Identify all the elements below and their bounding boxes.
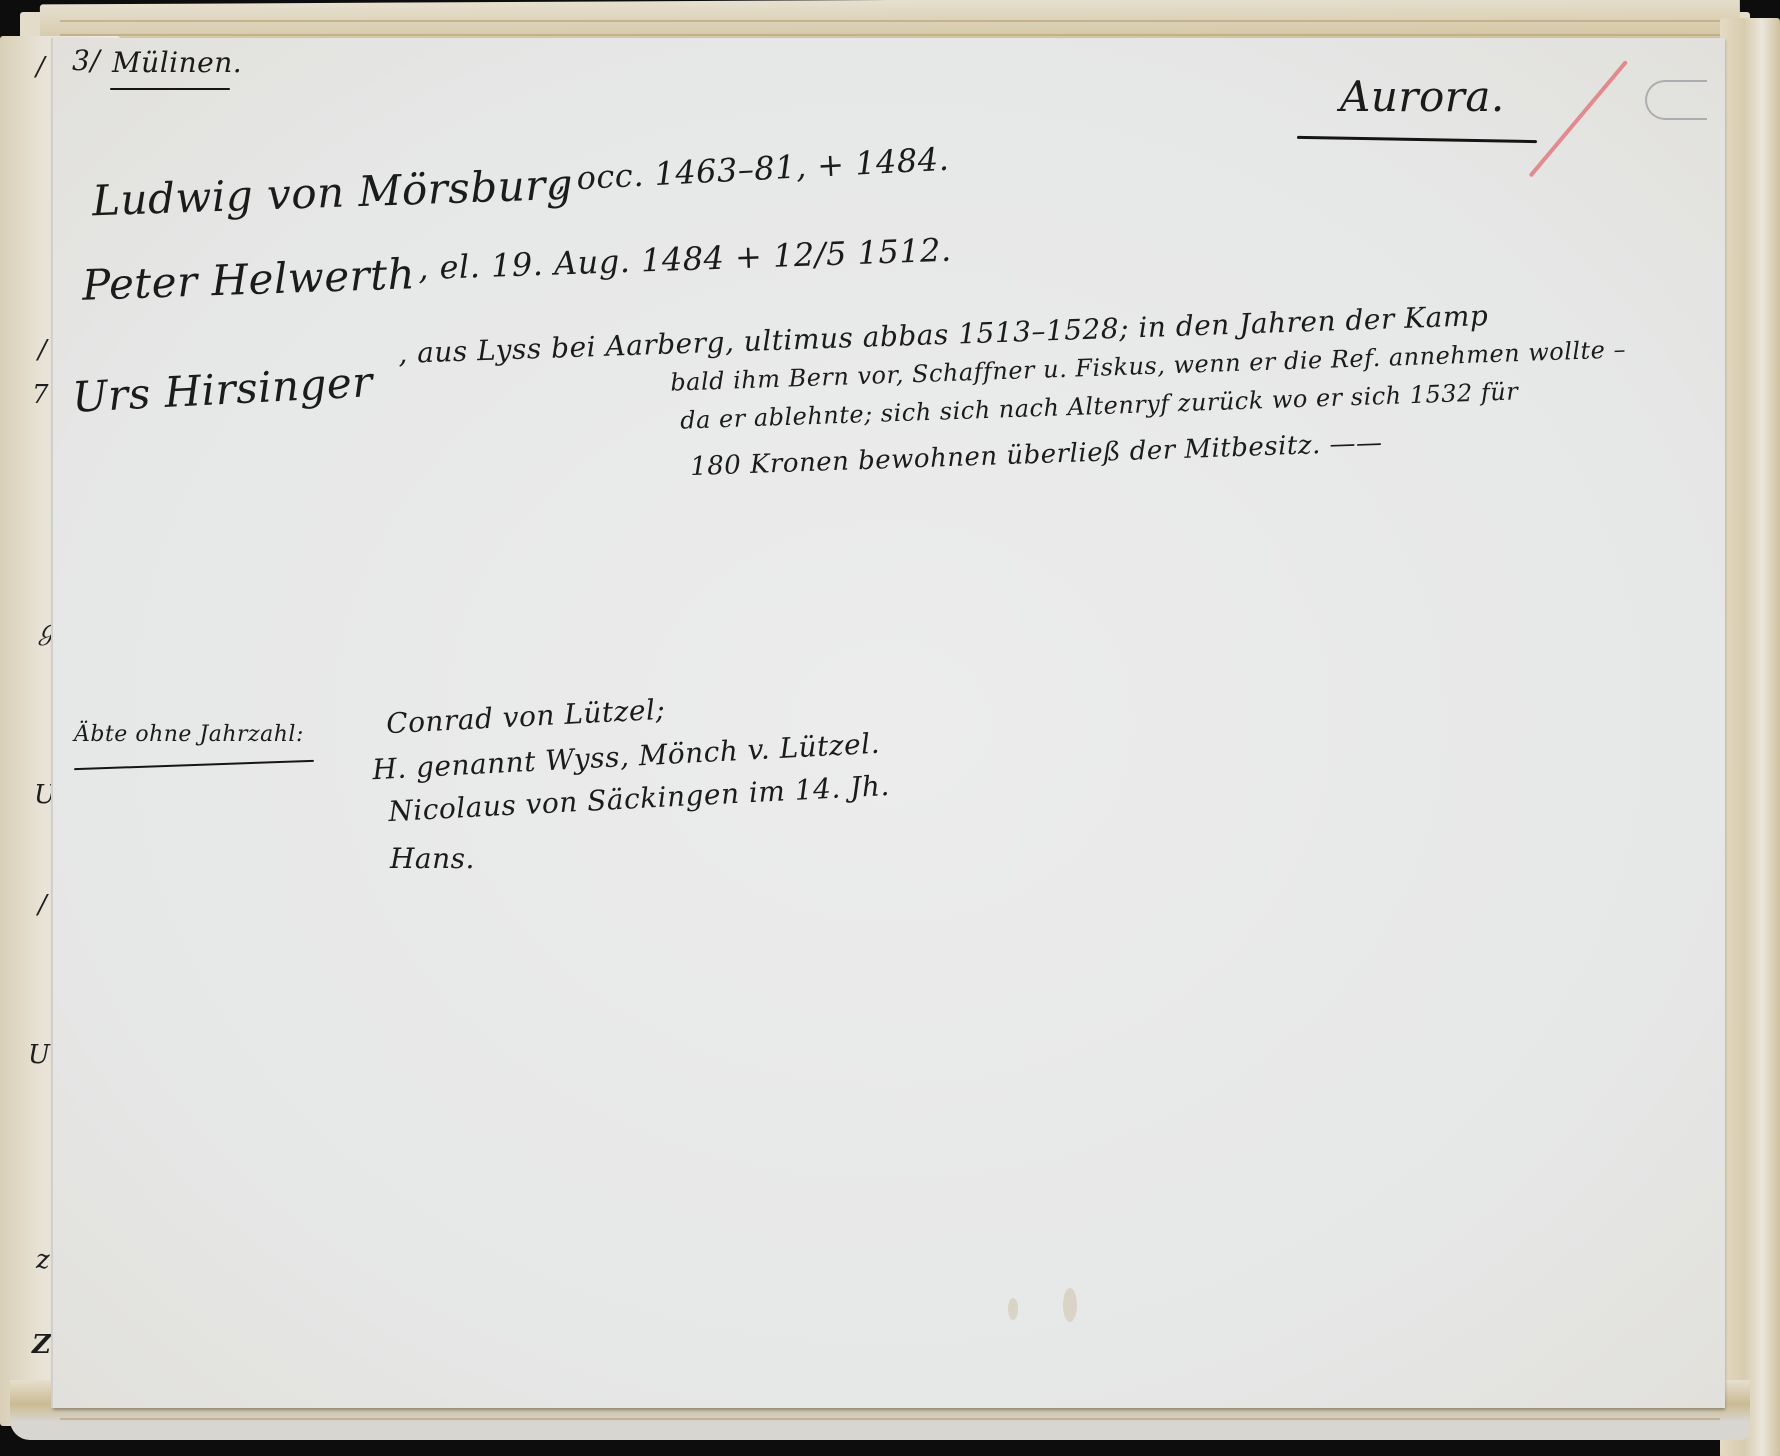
sheet-edge-line [60, 1418, 1720, 1420]
margin-fragment: Z [32, 1330, 51, 1360]
abbot-list-item: Hans. [390, 842, 475, 875]
margin-fragment: / [38, 335, 47, 365]
location-heading: Mülinen. [112, 46, 242, 79]
location-underline [110, 88, 230, 90]
margin-fragment: / [38, 890, 47, 920]
margin-fragment: z [36, 1245, 50, 1275]
sheet-edge-line [60, 20, 1720, 22]
page-reference: 3/ [72, 44, 100, 77]
sheet-edge-line [60, 34, 1720, 36]
paper-stain [1008, 1298, 1018, 1320]
paper-stain [1063, 1288, 1077, 1322]
margin-fragment: / [36, 52, 45, 82]
scan-stage: / 7 / ℊ U / U z Z 3/ Mülinen. Aurora. Lu… [0, 0, 1780, 1456]
margin-fragment: U [28, 1040, 50, 1070]
section-label: Äbte ohne Jahrzahl: [74, 722, 304, 747]
back-sheet-right-edge [1720, 18, 1780, 1456]
title-aurora: Aurora. [1340, 72, 1505, 121]
margin-fragment: 7 [32, 380, 49, 410]
grey-pencil-mark [1645, 80, 1707, 120]
